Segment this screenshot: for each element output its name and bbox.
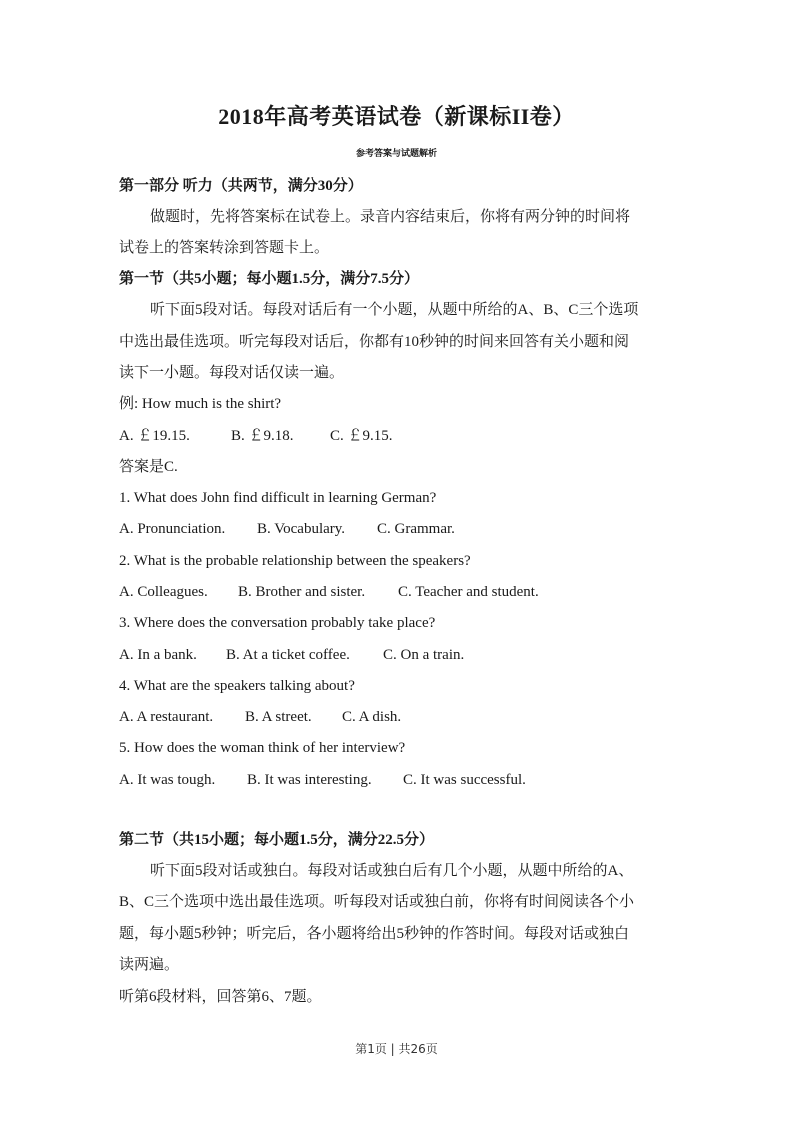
option: A. Colleagues.: [119, 582, 238, 602]
example-options: A. ￡19.15.B. ￡9.18.C. ￡9.15.: [119, 426, 393, 446]
section2-intro-line4: 读两遍。: [119, 955, 179, 975]
page-subtitle: 参考答案与试题解析: [0, 146, 793, 159]
option: C. Grammar.: [377, 519, 455, 539]
option: B. A street.: [245, 707, 342, 727]
example-question: 例: How much is the shirt?: [119, 394, 281, 414]
example-option-c: C. ￡9.15.: [330, 426, 393, 446]
section2-intro-line3: 题，每小题5秒钟；听完后，各小题将给出5秒钟的作答时间。每段对话或独白: [119, 924, 629, 944]
page-footer: 第1页 | 共26页: [0, 1040, 793, 1057]
question-4-options: A. A restaurant.B. A street.C. A dish.: [119, 707, 401, 727]
part1-heading: 第一部分 听力（共两节，满分30分）: [119, 176, 363, 196]
question-5-options: A. It was tough.B. It was interesting.C.…: [119, 770, 526, 790]
section2-intro-line1: 听下面5段对话或独白。每段对话或独白后有几个小题，从题中所给的A、: [150, 861, 633, 881]
option: A. A restaurant.: [119, 707, 245, 727]
question-3: 3. Where does the conversation probably …: [119, 613, 435, 633]
option: B. Brother and sister.: [238, 582, 398, 602]
question-1-options: A. Pronunciation.B. Vocabulary.C. Gramma…: [119, 519, 455, 539]
option: C. Teacher and student.: [398, 582, 539, 602]
section1-intro-line1: 听下面5段对话。每段对话后有一个小题，从题中所给的A、B、C三个选项: [150, 300, 638, 320]
option: B. At a ticket coffee.: [226, 645, 383, 665]
question-3-options: A. In a bank.B. At a ticket coffee.C. On…: [119, 645, 464, 665]
example-option-b: B. ￡9.18.: [231, 426, 330, 446]
section1-heading: 第一节（共5小题；每小题1.5分，满分7.5分）: [119, 269, 419, 289]
option: C. On a train.: [383, 645, 464, 665]
option: C. It was successful.: [403, 770, 526, 790]
section2-intro-line2: B、C三个选项中选出最佳选项。听每段对话或独白前，你将有时间阅读各个小: [119, 892, 634, 912]
section2-instruction: 听第6段材料，回答第6、7题。: [119, 987, 322, 1007]
question-2-options: A. Colleagues.B. Brother and sister.C. T…: [119, 582, 539, 602]
part1-intro-line1: 做题时，先将答案标在试卷上。录音内容结束后，你将有两分钟的时间将: [150, 207, 630, 227]
section2-heading: 第二节（共15小题；每小题1.5分，满分22.5分）: [119, 830, 434, 850]
option: B. It was interesting.: [247, 770, 403, 790]
document-page: 2018年高考英语试卷（新课标II卷） 参考答案与试题解析 第一部分 听力（共两…: [0, 0, 793, 1122]
section1-intro-line2: 中选出最佳选项。听完每段对话后，你都有10秒钟的时间来回答有关小题和阅: [119, 332, 629, 352]
part1-intro-line2: 试卷上的答案转涂到答题卡上。: [119, 238, 329, 258]
option: B. Vocabulary.: [257, 519, 377, 539]
question-5: 5. How does the woman think of her inter…: [119, 738, 405, 758]
option: C. A dish.: [342, 707, 401, 727]
option: A. It was tough.: [119, 770, 247, 790]
example-answer: 答案是C.: [119, 457, 178, 477]
question-4: 4. What are the speakers talking about?: [119, 676, 355, 696]
option: A. Pronunciation.: [119, 519, 257, 539]
page-title: 2018年高考英语试卷（新课标II卷）: [0, 100, 793, 131]
option: A. In a bank.: [119, 645, 226, 665]
example-option-a: A. ￡19.15.: [119, 426, 231, 446]
question-2: 2. What is the probable relationship bet…: [119, 551, 471, 571]
section1-intro-line3: 读下一小题。每段对话仅读一遍。: [119, 363, 344, 383]
question-1: 1. What does John find difficult in lear…: [119, 488, 436, 508]
